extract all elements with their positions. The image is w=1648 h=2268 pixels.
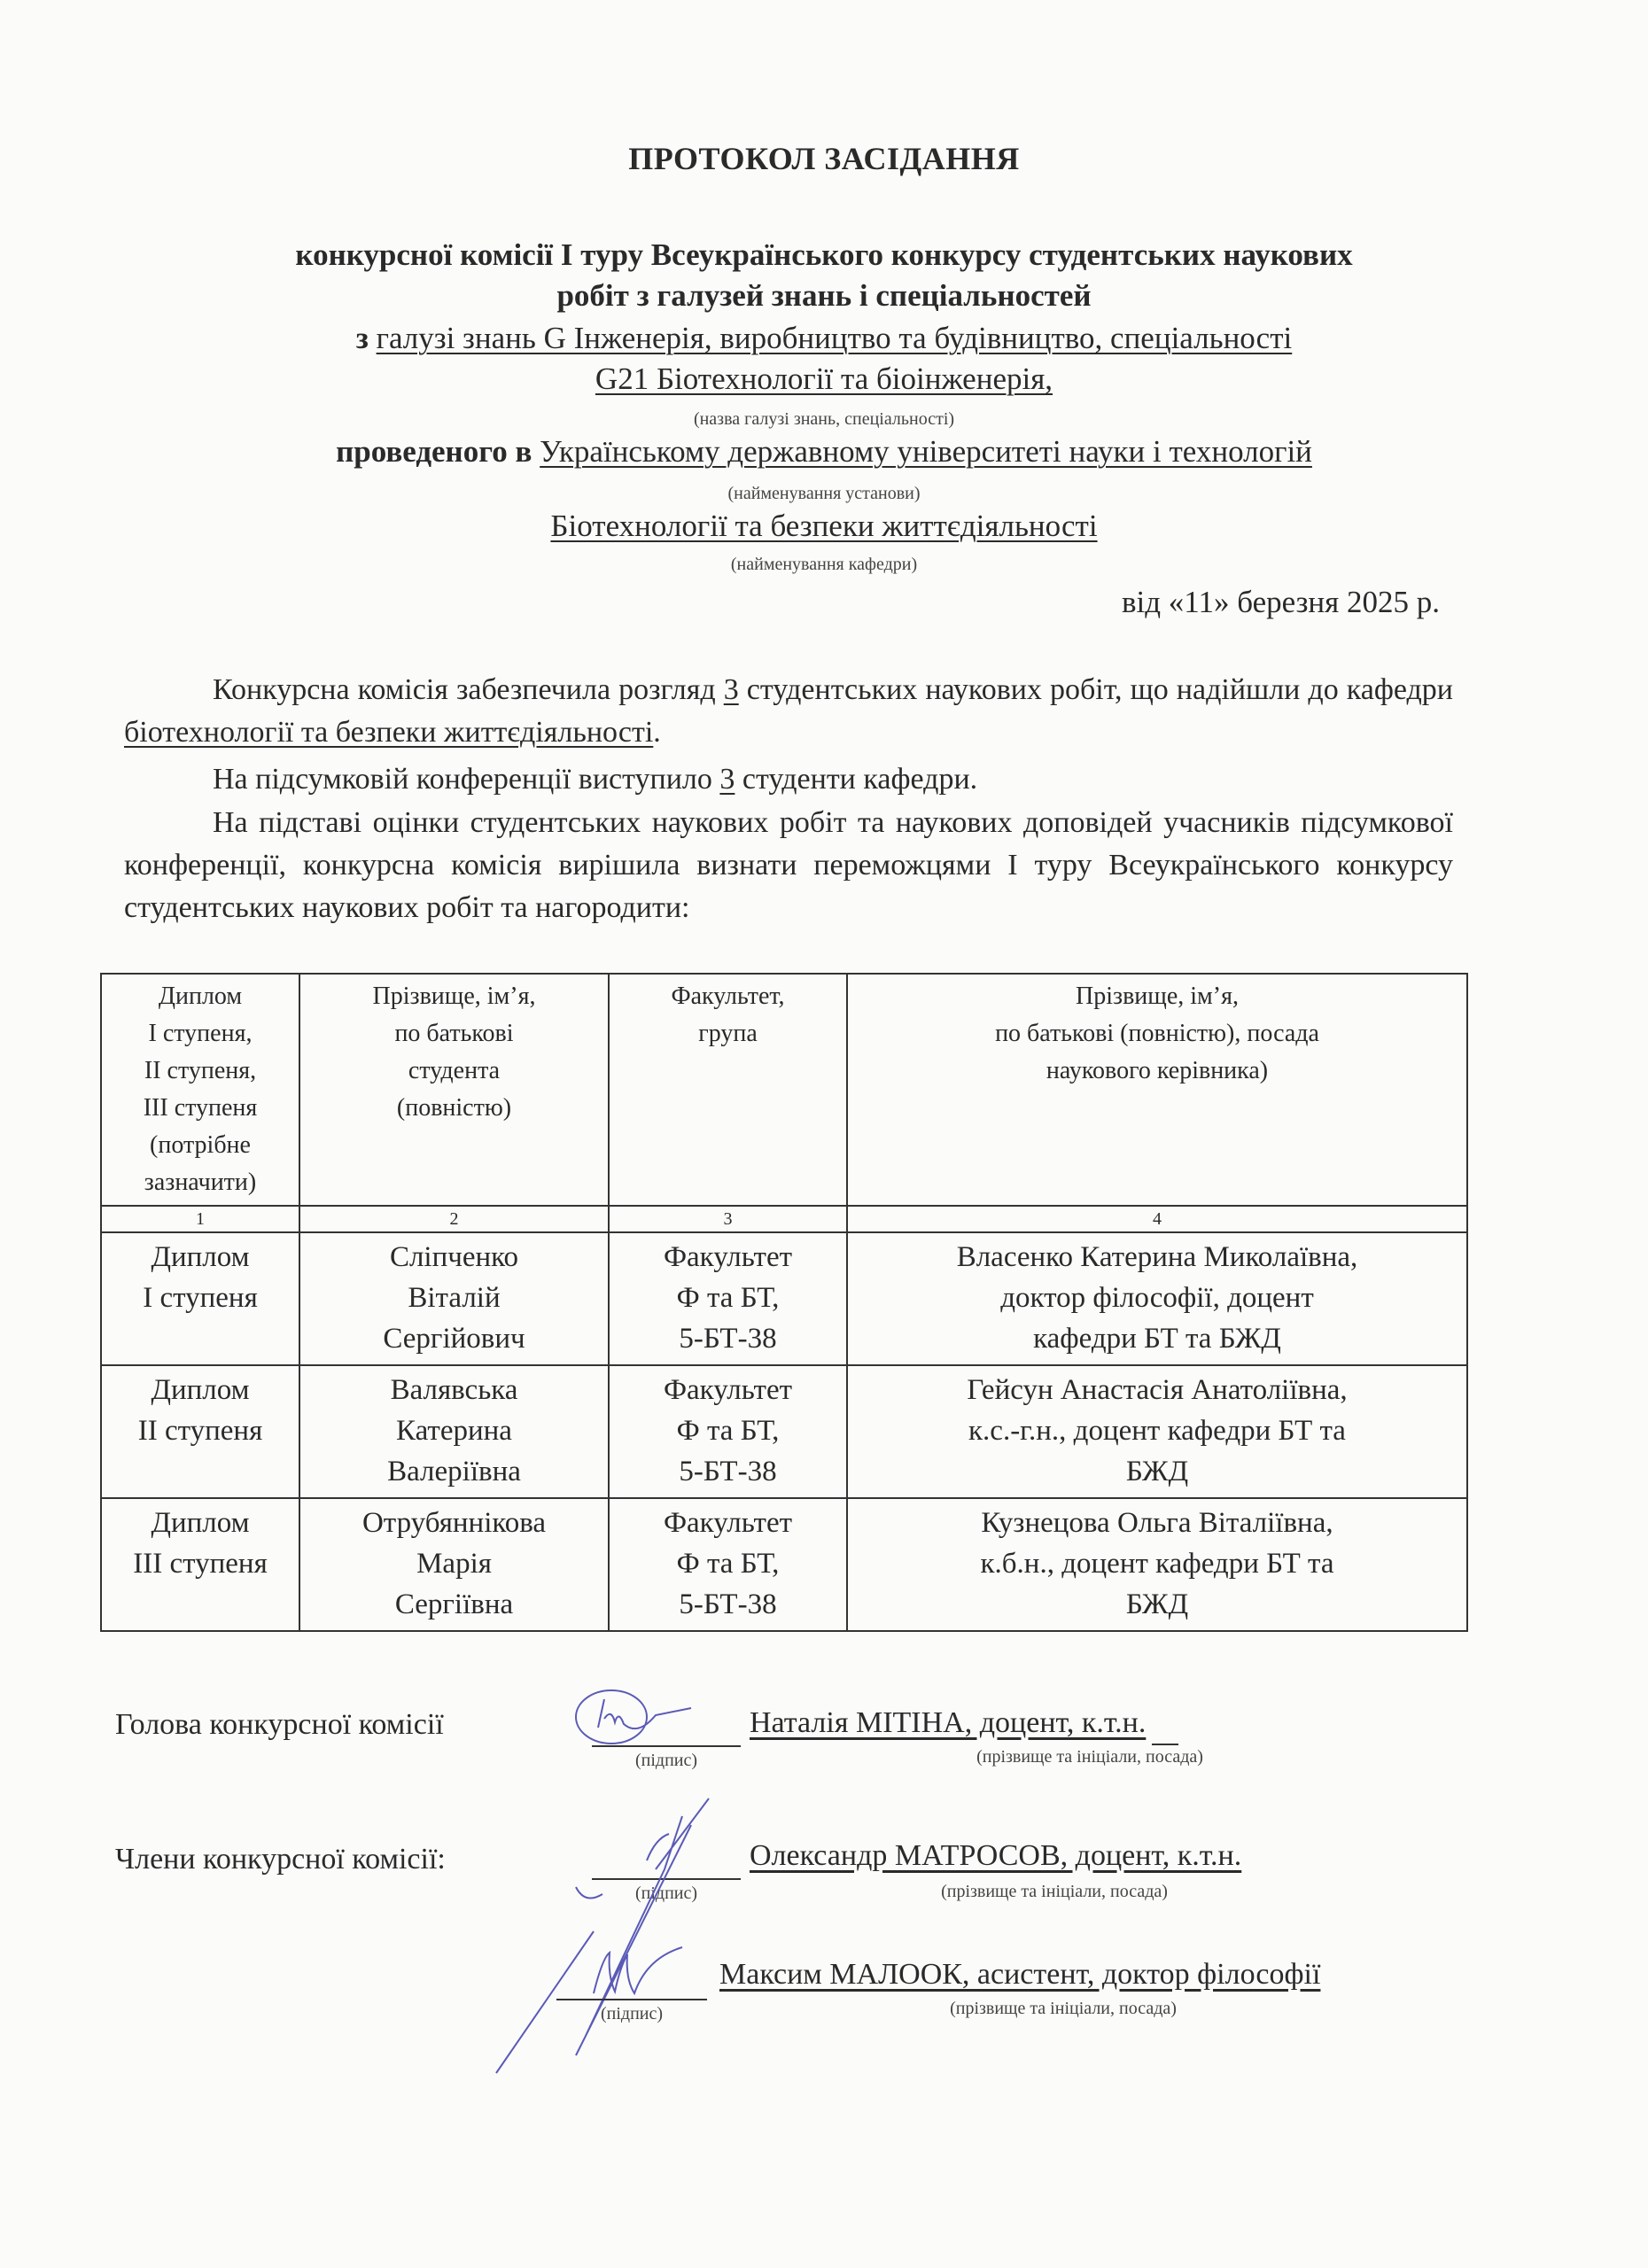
protocol-date: від «11» березня 2025 р. — [1122, 585, 1440, 620]
cell-line: Валявська — [306, 1370, 602, 1410]
cell-line: Власенко Катерина Миколаївна, — [853, 1237, 1461, 1278]
document-title: ПРОТОКОЛ ЗАСІДАННЯ — [0, 140, 1648, 177]
cell-supervisor: Власенко Катерина Миколаївна,доктор філо… — [847, 1232, 1467, 1365]
field-of-knowledge: галузі знань G Інженерія, виробництво та… — [377, 321, 1293, 355]
paragraph-decision: На підставі оцінки студентських наукових… — [124, 802, 1453, 929]
cell-faculty: ФакультетФ та БТ,5-БТ-38 — [609, 1498, 847, 1631]
speakers-count: 3 — [719, 763, 735, 796]
cell-line: Отрубяннікова — [306, 1503, 602, 1543]
subtitle-line-2: робіт з галузей знань і спеціальностей — [0, 278, 1648, 314]
cell-line: наукового керівника) — [853, 1052, 1461, 1090]
chair-signature-icon — [567, 1683, 762, 1754]
cell-line: зазначити) — [107, 1164, 293, 1201]
members-label: Члени конкурсної комісії: — [115, 1843, 446, 1876]
p1-text-b: студентських наукових робіт, що надійшли… — [747, 673, 1453, 706]
cell-line: Диплом — [107, 1370, 293, 1410]
department-name: Біотехнології та безпеки життєдіяльності — [550, 509, 1097, 543]
column-number: 1 — [101, 1206, 299, 1232]
header-supervisor: Прізвище, ім’я,по батькові (повністю), п… — [847, 974, 1467, 1206]
cell-line: Віталій — [306, 1278, 602, 1318]
cell-line: 5-БТ-38 — [615, 1451, 841, 1492]
subtitle-line-1: конкурсної комісії І туру Всеукраїнськог… — [0, 237, 1648, 273]
cell-student: ВалявськаКатеринаВалеріївна — [299, 1365, 609, 1498]
institution-name: Українському державному університеті нау… — [540, 434, 1312, 469]
cell-line: к.б.н., доцент кафедри БТ та — [853, 1543, 1461, 1584]
cell-line: Факультет — [615, 1237, 841, 1278]
p1-text-a: Конкурсна комісія забезпечила розгляд — [213, 673, 716, 706]
paragraph-speakers: На підсумковій конференції виступило 3 с… — [124, 758, 1453, 801]
cell-line: ІІ ступеня — [107, 1410, 293, 1451]
cell-line: Марія — [306, 1543, 602, 1584]
chair-name-caption: (прізвище та ініціали, посада) — [886, 1747, 1294, 1767]
table-column-numbers: 1 2 3 4 — [101, 1206, 1467, 1232]
cell-line: ІІІ ступеня — [107, 1543, 293, 1584]
column-number: 3 — [609, 1206, 847, 1232]
cell-faculty: ФакультетФ та БТ,5-БТ-38 — [609, 1365, 847, 1498]
cell-student: ОтрубянніковаМаріяСергіївна — [299, 1498, 609, 1631]
cell-line: БЖД — [853, 1584, 1461, 1625]
member1-signature-icon — [478, 1790, 797, 2082]
cell-line: Кузнецова Ольга Віталіївна, — [853, 1503, 1461, 1543]
cell-line: кафедри БТ та БЖД — [853, 1318, 1461, 1359]
cell-line: студента — [306, 1052, 602, 1090]
cell-line: Сергіївна — [306, 1584, 602, 1625]
cell-line: доктор філософії, доцент — [853, 1278, 1461, 1318]
cell-supervisor: Кузнецова Ольга Віталіївна,к.б.н., доцен… — [847, 1498, 1467, 1631]
cell-line: Сергійович — [306, 1318, 602, 1359]
cell-line: Катерина — [306, 1410, 602, 1451]
cell-line: (повністю) — [306, 1090, 602, 1127]
p2-text-a: На підсумковій конференції виступило — [213, 763, 712, 796]
member2-signature-icon — [585, 1940, 709, 2002]
department-line: Біотехнології та безпеки життєдіяльності — [0, 509, 1648, 544]
member2-name: Максим МАЛООК, асистент, доктор філософі… — [719, 1958, 1320, 1992]
specialty: G21 Біотехнології та біоінженерія, — [595, 361, 1053, 396]
cell-line: Гейсун Анастасія Анатоліївна, — [853, 1370, 1461, 1410]
paragraph-submissions: Конкурсна комісія забезпечила розгляд 3 … — [124, 669, 1453, 754]
cell-line: Диплом — [107, 1503, 293, 1543]
cell-student: СліпченкоВіталійСергійович — [299, 1232, 609, 1365]
held-line: проведеного в Українському державному ун… — [0, 434, 1648, 470]
cell-line: БЖД — [853, 1451, 1461, 1492]
p1-end: . — [653, 716, 661, 749]
cell-line: Прізвище, ім’я, — [853, 978, 1461, 1015]
department-caption: (найменування кафедри) — [0, 555, 1648, 575]
cell-line: І ступеня — [107, 1278, 293, 1318]
field-line-1: з галузі знань G Інженерія, виробництво … — [0, 321, 1648, 356]
member1-name: Олександр МАТРОСОВ, доцент, к.т.н. — [750, 1839, 1241, 1873]
cell-line: Факультет — [615, 1370, 841, 1410]
submissions-count: 3 — [724, 673, 739, 706]
cell-line: Ф та БТ, — [615, 1543, 841, 1584]
field-line-2: G21 Біотехнології та біоінженерія, — [0, 361, 1648, 397]
cell-line: Факультет, — [615, 978, 841, 1015]
cell-line: к.с.-г.н., доцент кафедри БТ та — [853, 1410, 1461, 1451]
column-number: 4 — [847, 1206, 1467, 1232]
winners-table: ДипломІ ступеня,ІІ ступеня,ІІІ ступеня(п… — [100, 973, 1468, 1632]
cell-faculty: ФакультетФ та БТ,5-БТ-38 — [609, 1232, 847, 1365]
cell-line: Прізвище, ім’я, — [306, 978, 602, 1015]
cell-line: Валеріївна — [306, 1451, 602, 1492]
field-prefix: з — [356, 321, 369, 355]
column-number: 2 — [299, 1206, 609, 1232]
table-row: ДипломІІ ступеня ВалявськаКатеринаВалері… — [101, 1365, 1467, 1498]
member2-name-caption: (прізвище та ініціали, посада) — [859, 1999, 1267, 2019]
cell-line: Диплом — [107, 1237, 293, 1278]
cell-diploma: ДипломІІІ ступеня — [101, 1498, 299, 1631]
cell-line: 5-БТ-38 — [615, 1584, 841, 1625]
table-row: ДипломІ ступеня СліпченкоВіталійСергійов… — [101, 1232, 1467, 1365]
header-student: Прізвище, ім’я,по батьковістудента(повні… — [299, 974, 609, 1206]
header-diploma: ДипломІ ступеня,ІІ ступеня,ІІІ ступеня(п… — [101, 974, 299, 1206]
table-row: ДипломІІІ ступеня ОтрубянніковаМаріяСерг… — [101, 1498, 1467, 1631]
cell-line: Факультет — [615, 1503, 841, 1543]
cell-line: Сліпченко — [306, 1237, 602, 1278]
chair-name-line-tail — [1152, 1744, 1178, 1745]
header-faculty: Факультет,група — [609, 974, 847, 1206]
field-caption: (назва галузі знань, спеціальності) — [0, 409, 1648, 430]
chair-name: Наталія МІТІНА, доцент, к.т.н. — [750, 1706, 1146, 1740]
cell-line: 5-БТ-38 — [615, 1318, 841, 1359]
institution-caption: (найменування установи) — [0, 484, 1648, 504]
cell-diploma: ДипломІ ступеня — [101, 1232, 299, 1365]
cell-line: група — [615, 1015, 841, 1052]
cell-line: ІІІ ступеня — [107, 1090, 293, 1127]
p2-text-b: студенти кафедри. — [742, 763, 977, 796]
cell-diploma: ДипломІІ ступеня — [101, 1365, 299, 1498]
cell-supervisor: Гейсун Анастасія Анатоліївна,к.с.-г.н., … — [847, 1365, 1467, 1498]
chair-label: Голова конкурсної комісії — [115, 1708, 444, 1742]
held-prefix: проведеного в — [336, 434, 532, 469]
cell-line: по батькові — [306, 1015, 602, 1052]
cell-line: Ф та БТ, — [615, 1278, 841, 1318]
cell-line: І ступеня, — [107, 1015, 293, 1052]
cell-line: по батькові (повністю), посада — [853, 1015, 1461, 1052]
cell-line: ІІ ступеня, — [107, 1052, 293, 1090]
cell-line: Ф та БТ, — [615, 1410, 841, 1451]
member1-name-caption: (прізвище та ініціали, посада) — [851, 1882, 1258, 1902]
member2-signature-caption: (підпис) — [556, 2004, 707, 2024]
table-header-row: ДипломІ ступеня,ІІ ступеня,ІІІ ступеня(п… — [101, 974, 1467, 1206]
p1-department: біотехнології та безпеки життєдіяльності — [124, 716, 653, 749]
cell-line: Диплом — [107, 978, 293, 1015]
cell-line: (потрібне — [107, 1127, 293, 1164]
